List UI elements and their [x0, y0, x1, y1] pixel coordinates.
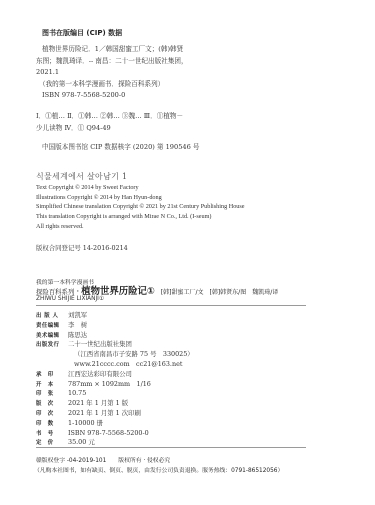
info-row-address: （江西省南昌市子安路 75 号 330025）	[36, 350, 194, 360]
info-label: 印 次	[36, 410, 68, 420]
info-row-print-run: 印 数 1-10000 册	[36, 419, 194, 429]
info-value: 江西宏达彩印有限公司	[68, 370, 132, 380]
cip-classification-line: Ⅰ．①植… Ⅱ．①韩… ②韩… ③魏… Ⅲ．①植物－	[36, 111, 183, 123]
copyright-page: 图书在版编目 (CIP) 数据 植物世界历险记．1／韩国甜蜜工厂文；(韩)韩贤 …	[0, 0, 375, 505]
info-row-editor: 责任编辑 李 树	[36, 321, 194, 331]
info-row-printer: 承 印 江西宏达彩印有限公司	[36, 370, 194, 380]
info-label: 版 次	[36, 400, 68, 410]
copyright-line: Illustrations Copyright © 2014 by Han Hy…	[36, 193, 245, 203]
divider-top	[36, 305, 306, 306]
cip-record: 植物世界历险记．1／韩国甜蜜工厂文；(韩)韩贤 东图；魏凯琦译．-- 南昌：二十…	[36, 44, 216, 102]
book-credits: [韩]甜蜜工厂/文 [韩]韩贤东/图 魏凯琦/译	[161, 287, 278, 296]
info-row-sheets: 印 张 10.75	[36, 389, 194, 399]
info-value: 1-10000 册	[68, 419, 103, 429]
info-label: 出版发行	[36, 341, 68, 351]
cip-record-line: 植物世界历险记．1／韩国甜蜜工厂文；(韩)韩贤	[36, 44, 216, 56]
rights-reserved: 版权所有 · 侵权必究	[118, 458, 170, 464]
info-value: www.21cccc.com cc21@163.net	[68, 360, 182, 370]
info-value: 二十一世纪出版社集团	[68, 340, 132, 350]
book-title-line: 探险百科系列 · 植物世界历险记① [韩]甜蜜工厂/文 [韩]韩贤东/图 魏凯琦…	[36, 283, 278, 297]
footer-service-notice: （凡购本社图书，如有缺页、倒页、脱页，由发行公司负责退换。服务热线：0791-8…	[34, 465, 283, 474]
copyright-line: Text Copyright © 2014 by Sweet Factory	[36, 183, 245, 193]
info-row-art-editor: 美术编辑 陈思达	[36, 331, 194, 341]
cip-record-line: 2021.1	[36, 67, 216, 79]
info-label: 出 版 人	[36, 312, 68, 322]
info-row-printing: 印 次 2021 年 1 月第 1 次印刷	[36, 409, 194, 419]
footer-registration-line: 赣版权登字 -04-2019-101版权所有 · 侵权必究	[36, 455, 170, 464]
publication-info: 出 版 人 刘凯军 责任编辑 李 树 美术编辑 陈思达 出版发行 二十一世纪出版…	[36, 311, 194, 448]
cip-catalog-number: 中国版本图书馆 CIP 数据核字 (2020) 第 190546 号	[42, 142, 199, 154]
copyright-line: All rights reserved.	[36, 222, 245, 232]
info-label: 美术编辑	[36, 332, 68, 342]
info-label: 印 数	[36, 420, 68, 430]
copyright-statements: Text Copyright © 2014 by Sweet Factory I…	[36, 183, 245, 232]
info-value: 刘凯军	[68, 311, 87, 321]
cip-record-line: 东图；魏凯琦译．-- 南昌：二十一世纪出版社集团，	[36, 56, 216, 68]
info-label: 印 张	[36, 390, 68, 400]
info-value: 2021 年 1 月第 1 版	[68, 399, 128, 409]
korean-original-title: 식물세계에서 살아남기 1	[36, 171, 127, 182]
info-value: ISBN 978-7-5568-5200-0	[68, 429, 149, 439]
contract-registration: 版权合同登记号 14-2016-0214	[36, 243, 128, 252]
info-value: 787mm × 1092mm 1/16	[68, 380, 151, 390]
info-row-format: 开 本 787mm × 1092mm 1/16	[36, 380, 194, 390]
cip-heading: 图书在版编目 (CIP) 数据	[42, 28, 122, 38]
divider-bottom	[36, 447, 306, 448]
cip-record-line: （我的第一本科学漫画书．探险百科系列）	[36, 79, 216, 91]
info-label: 责任编辑	[36, 322, 68, 332]
info-value: 李 树	[68, 321, 87, 331]
info-value: 2021 年 1 月第 1 次印刷	[68, 409, 141, 419]
book-title-pinyin: ZHIWU SHIJIE LIXIANJI①	[36, 296, 104, 302]
info-value: （江西省南昌市子安路 75 号 330025）	[68, 350, 194, 360]
info-row-isbn: 书 号 ISBN 978-7-5568-5200-0	[36, 429, 194, 439]
cip-classification: Ⅰ．①植… Ⅱ．①韩… ②韩… ③魏… Ⅲ．①植物－ 少儿读物 Ⅳ．① Q94-…	[36, 111, 183, 134]
info-label: 开 本	[36, 381, 68, 391]
info-label: 书 号	[36, 430, 68, 440]
info-row-publisher-person: 出 版 人 刘凯军	[36, 311, 194, 321]
copyright-line: This translation Copyright is arranged w…	[36, 212, 245, 222]
info-row-web: www.21cccc.com cc21@163.net	[36, 360, 194, 370]
series-name: 探险百科系列	[36, 287, 74, 296]
cip-isbn-line: ISBN 978-7-5568-5200-0	[36, 90, 216, 102]
book-title: 植物世界历险记①	[81, 283, 155, 297]
info-row-publisher: 出版发行 二十一世纪出版社集团	[36, 340, 194, 350]
info-value: 10.75	[68, 389, 86, 399]
cip-classification-line: 少儿读物 Ⅳ．① Q94-49	[36, 123, 183, 135]
info-label: 承 印	[36, 371, 68, 381]
info-row-edition: 版 次 2021 年 1 月第 1 版	[36, 399, 194, 409]
info-value: 陈思达	[68, 331, 87, 341]
copyright-line: Simplified Chinese translation Copyright…	[36, 202, 245, 212]
registration-number: 赣版权登字 -04-2019-101	[36, 458, 106, 464]
